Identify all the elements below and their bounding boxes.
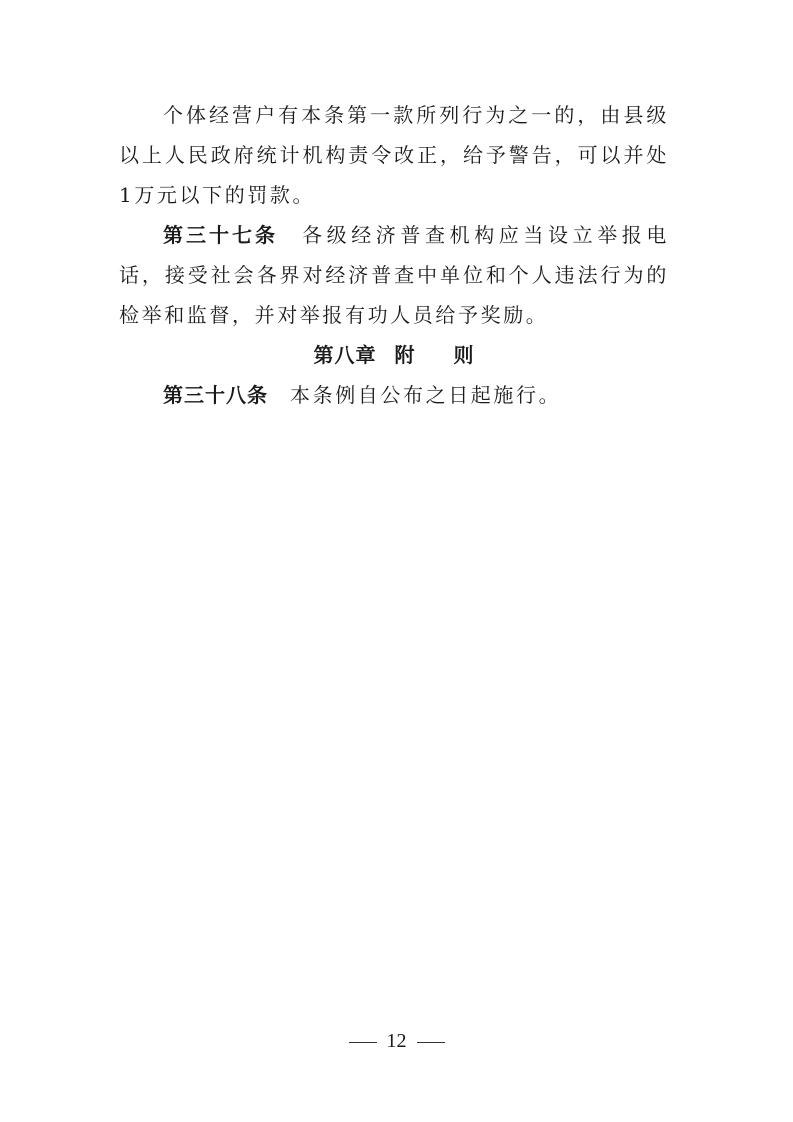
article-number: 第三十七条: [163, 223, 278, 247]
dash-left: [349, 1042, 377, 1043]
chapter-title-part2: 则: [454, 343, 475, 367]
dash-right: [417, 1042, 445, 1043]
paragraph-individual-business-penalty: 个体经营户有本条第一款所列行为之一的，由县级以上人民政府统计机构责令改正，给予警…: [119, 95, 669, 215]
document-page: 个体经营户有本条第一款所列行为之一的，由县级以上人民政府统计机构责令改正，给予警…: [119, 95, 669, 415]
article-38: 第三十八条本条例自公布之日起施行。: [119, 375, 669, 415]
article-text: 本条例自公布之日起施行。: [290, 383, 561, 407]
paragraph-text: 个体经营户有本条第一款所列行为之一的，由县级以上人民政府统计机构责令改正，给予警…: [119, 103, 669, 207]
chapter-title-part1: 附: [395, 343, 416, 367]
chapter-number: 第八章: [314, 343, 377, 367]
page-footer: 12: [0, 1030, 793, 1053]
page-number: 12: [387, 1030, 407, 1052]
article-37: 第三十七条各级经济普查机构应当设立举报电话，接受社会各界对经济普查中单位和个人违…: [119, 215, 669, 335]
chapter-heading: 第八章附则: [119, 335, 669, 375]
article-number: 第三十八条: [163, 383, 268, 407]
